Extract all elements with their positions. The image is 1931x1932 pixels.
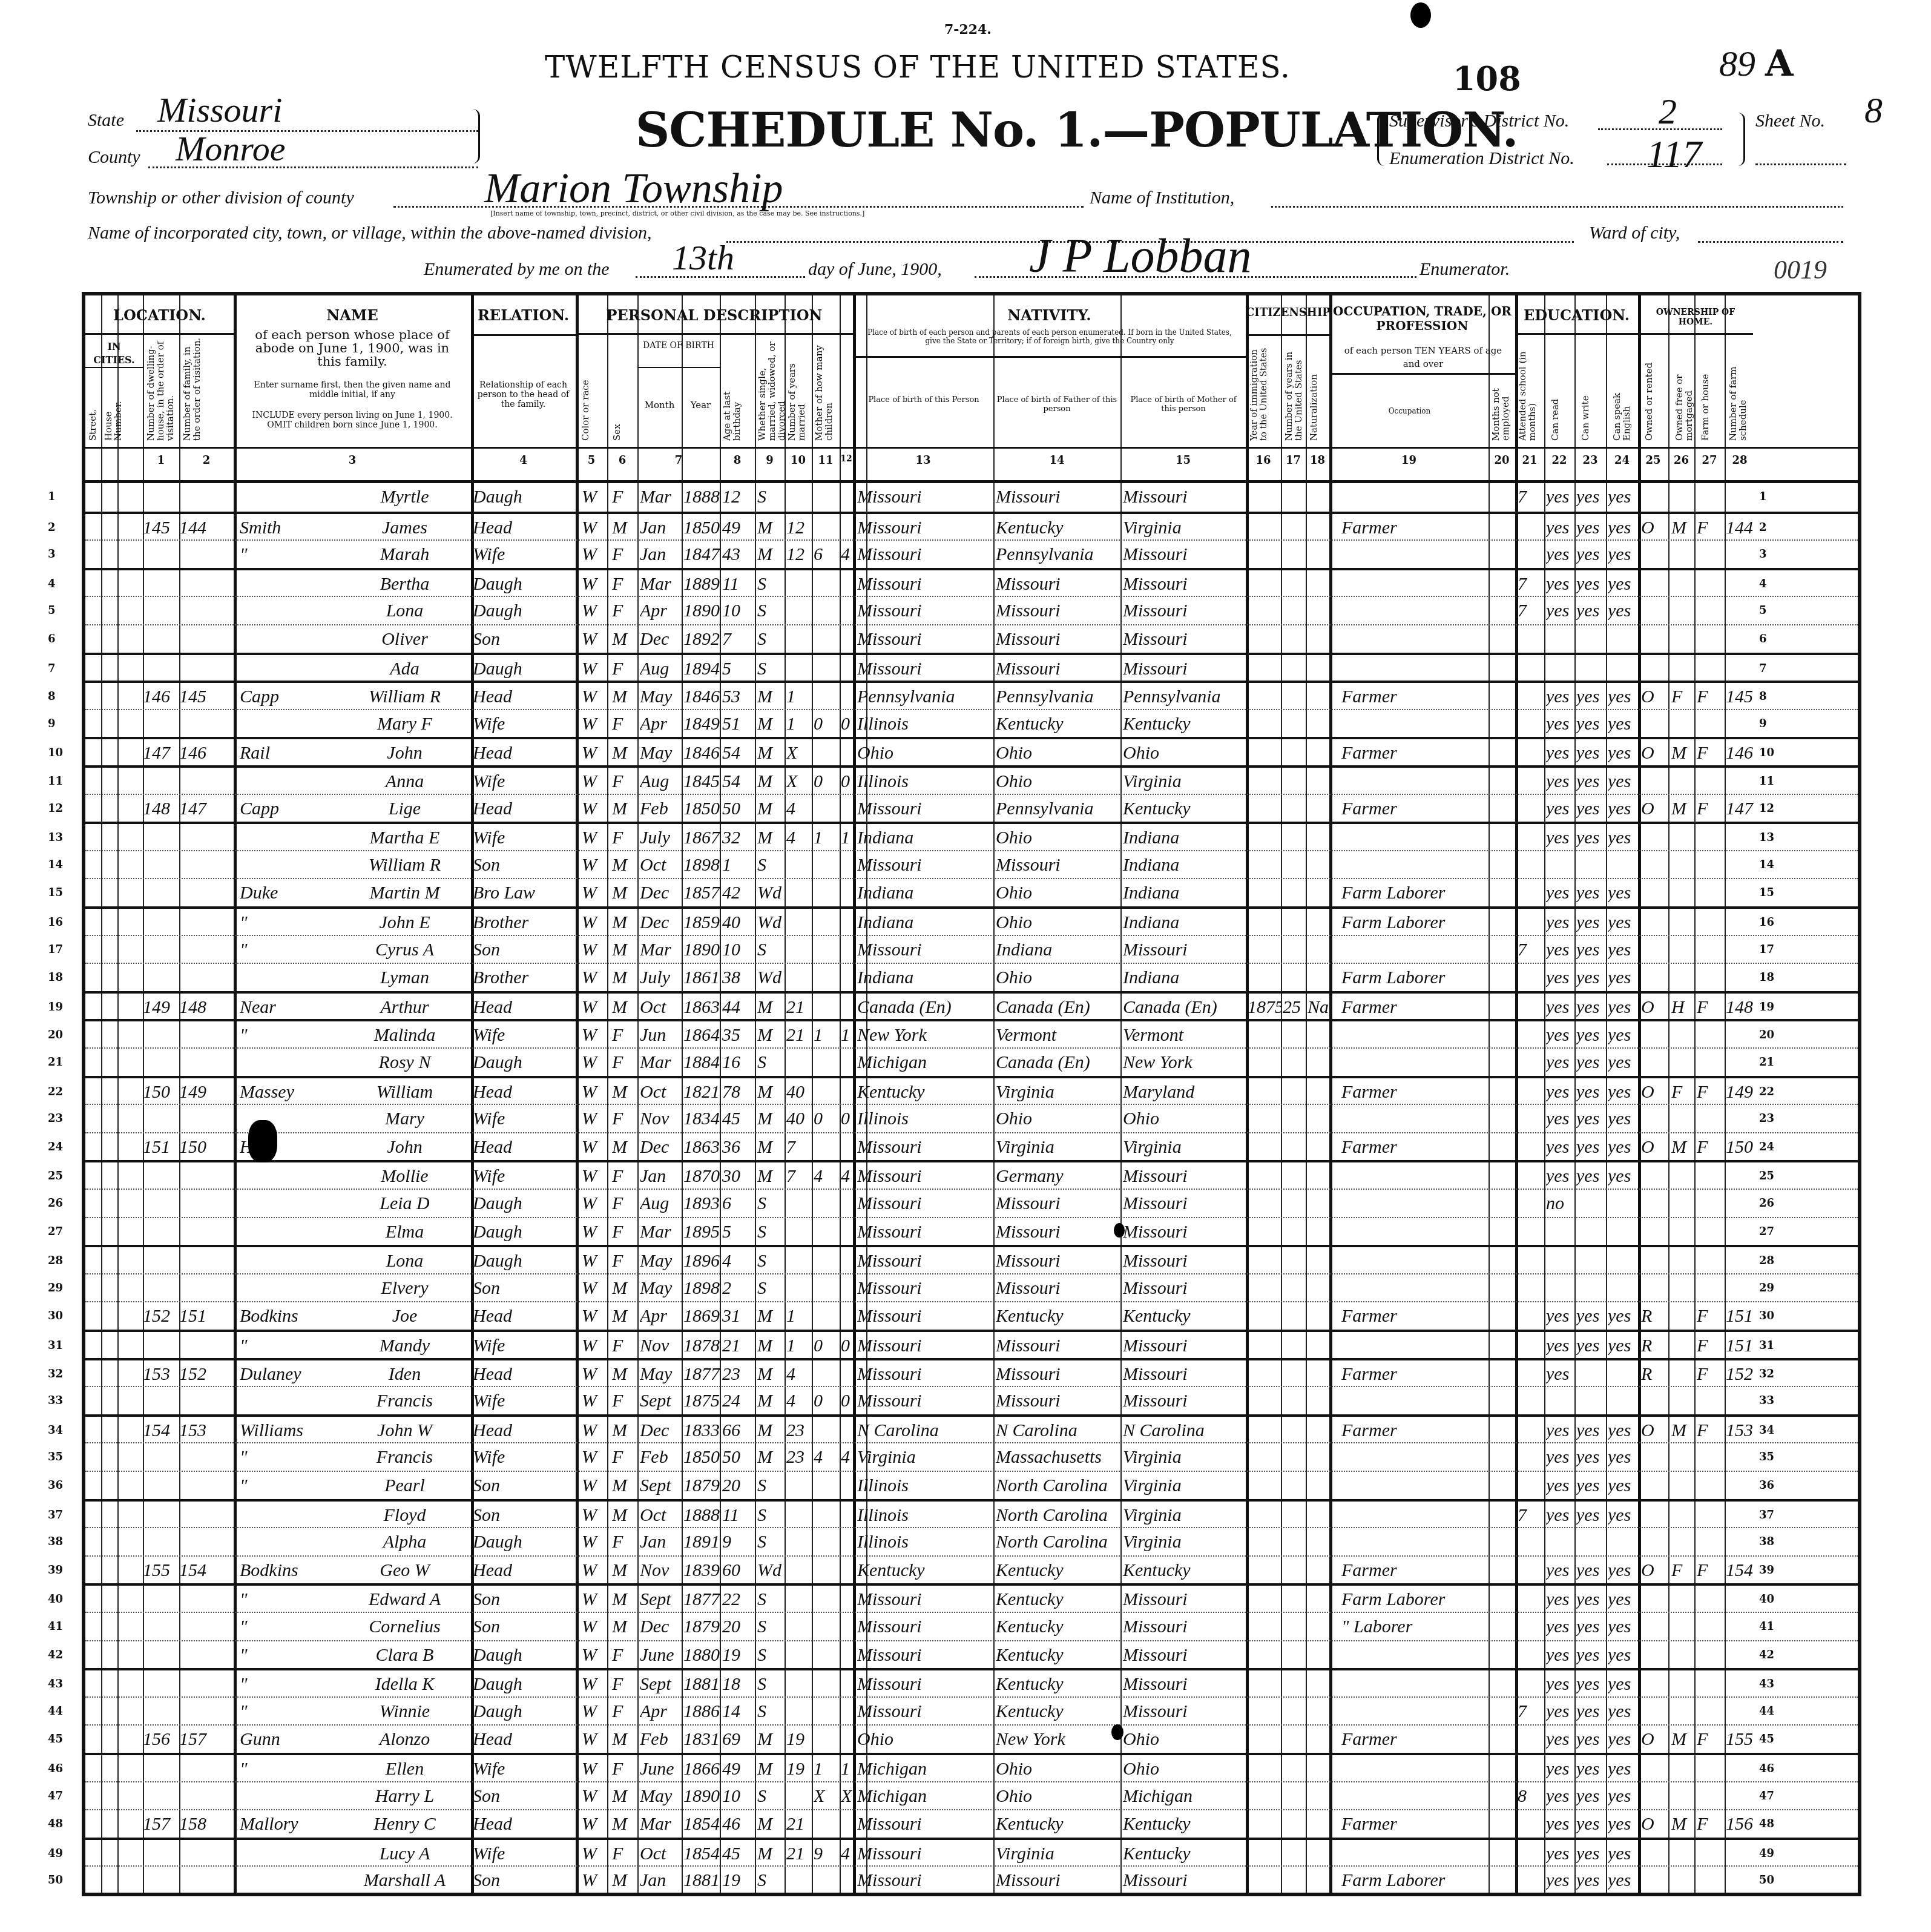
relation-cell: Wife: [473, 1166, 576, 1187]
relation-cell: Daugh: [473, 487, 576, 507]
sex-cell: M: [612, 855, 636, 875]
line-number: 17: [1759, 943, 1774, 956]
surname-cell: ": [240, 1759, 343, 1779]
birthplace-person-header: Place of birth of this Person: [857, 395, 990, 404]
enumerator-label: Enumerator.: [1419, 259, 1510, 280]
birth-year-cell: 1881: [683, 1870, 720, 1891]
col-num: 11: [812, 454, 840, 467]
can-write-cell: yes: [1576, 1645, 1605, 1666]
color-cell: W: [582, 1251, 606, 1271]
birth-month-cell: Jan: [640, 518, 682, 538]
farm-schedule-number-cell: 156: [1726, 1814, 1755, 1835]
birthplace-cell: Indiana: [857, 828, 993, 848]
marital-status-cell: S: [757, 574, 785, 595]
family-number-cell: 147: [179, 799, 234, 819]
col-num: 22: [1544, 454, 1574, 467]
father-birthplace-cell: Ohio: [996, 828, 1120, 848]
can-write-cell: yes: [1576, 544, 1605, 565]
can-speak-english-cell: yes: [1608, 1475, 1637, 1496]
color-cell: W: [582, 1420, 606, 1441]
birth-month-cell: May: [640, 1364, 682, 1385]
relation-cell: Head: [473, 1364, 576, 1385]
years-married-cell: 7: [786, 1137, 812, 1158]
mother-birthplace-cell: Virginia: [1123, 1532, 1244, 1552]
birth-month-cell: Sept: [640, 1674, 682, 1695]
can-read-cell: yes: [1546, 940, 1574, 960]
mother-birthplace-cell: Kentucky: [1123, 1306, 1244, 1327]
can-write-cell: yes: [1576, 1475, 1605, 1496]
birthplace-cell: Missouri: [857, 1674, 993, 1695]
col-num: 2: [179, 454, 234, 467]
sex-cell: M: [612, 1505, 636, 1526]
line-number: 7: [1759, 662, 1767, 675]
birth-year-cell: 1877: [683, 1589, 720, 1610]
birth-year-cell: 1879: [683, 1617, 720, 1637]
line-number: 39: [48, 1564, 63, 1577]
father-birthplace-cell: Missouri: [996, 1364, 1120, 1385]
color-cell: W: [582, 1814, 606, 1835]
surname-cell: Williams: [240, 1420, 343, 1441]
birth-year-cell: 1854: [683, 1814, 720, 1835]
can-speak-english-cell: yes: [1608, 1759, 1637, 1779]
birth-year-cell: 1893: [683, 1193, 720, 1214]
table-row: AlphaDaughWFJan18919SIllinoisNorth Carol…: [85, 1527, 1858, 1557]
table-row: 155154BodkinsGeo WHeadWMNov183960WdKentu…: [85, 1555, 1858, 1585]
sex-cell: F: [612, 828, 636, 848]
free-or-mortgaged-cell: M: [1671, 1729, 1694, 1750]
relation-cell: Head: [473, 743, 576, 763]
dwelling-number-cell: 152: [143, 1306, 179, 1327]
sex-cell: M: [612, 1475, 636, 1496]
col-num: 25: [1638, 454, 1668, 467]
marital-status-cell: S: [757, 1532, 785, 1552]
marital-status-cell: S: [757, 1251, 785, 1271]
line-number: 19: [1759, 1001, 1774, 1014]
mother-birthplace-cell: Missouri: [1123, 574, 1244, 595]
marital-status-cell: S: [757, 487, 785, 507]
birth-year-cell: 1850: [683, 799, 720, 819]
owned-or-rented-cell: O: [1641, 518, 1668, 538]
marital-status-cell: M: [757, 771, 785, 792]
age-cell: 50: [722, 1447, 755, 1468]
marital-status-cell: M: [757, 1137, 785, 1158]
age-cell: 22: [722, 1589, 755, 1610]
relation-cell: Head: [473, 518, 576, 538]
birthplace-cell: Missouri: [857, 1137, 993, 1158]
age-cell: 69: [722, 1729, 755, 1750]
birth-year-cell: 1867: [683, 828, 720, 848]
relation-cell: Wife: [473, 1759, 576, 1779]
table-row: DukeMartin MBro LawWMDec185742WdIndianaO…: [85, 878, 1858, 908]
father-birthplace-cell: Germany: [996, 1166, 1120, 1187]
sex-cell: M: [612, 912, 636, 933]
can-write-cell: yes: [1576, 1447, 1605, 1468]
surname-cell: Capp: [240, 687, 343, 707]
stamp-number: 108: [1453, 59, 1521, 98]
years-married-cell: 19: [786, 1759, 812, 1779]
mother-birthplace-cell: Indiana: [1123, 883, 1244, 903]
mother-birthplace-cell: Indiana: [1123, 828, 1244, 848]
sex-cell: F: [612, 1052, 636, 1073]
table-row: "MalindaWifeWFJun186435M2111New YorkVerm…: [85, 1019, 1858, 1050]
can-read-cell: yes: [1546, 1560, 1574, 1581]
sex-header: Sex: [612, 417, 622, 441]
can-speak-english-cell: yes: [1608, 687, 1637, 707]
occupation-cell: Farmer: [1341, 997, 1487, 1018]
relation-cell: Head: [473, 687, 576, 707]
can-speak-english-cell: yes: [1608, 487, 1637, 507]
relation-cell: Brother: [473, 912, 576, 933]
mother-birthplace-cell: Virginia: [1123, 1137, 1244, 1158]
relation-cell: Daugh: [473, 1532, 576, 1552]
line-number: 38: [1759, 1535, 1774, 1548]
sheet-label: Sheet No.: [1755, 111, 1825, 131]
marital-status-cell: M: [757, 997, 785, 1018]
birth-year-cell: 1854: [683, 1844, 720, 1864]
nativity-description: Place of birth of each person and parent…: [859, 328, 1240, 345]
line-number: 36: [1759, 1479, 1774, 1492]
birth-month-cell: Jan: [640, 1532, 682, 1552]
birthplace-cell: Missouri: [857, 1391, 993, 1411]
sheet-reference: 89A: [1719, 42, 1794, 85]
line-number: 38: [48, 1535, 63, 1548]
children-living-cell: 1: [841, 1759, 853, 1779]
color-cell: W: [582, 487, 606, 507]
age-cell: 18: [722, 1674, 755, 1695]
farm-or-house-cell: F: [1697, 743, 1723, 763]
can-write-cell: yes: [1576, 714, 1605, 734]
line-number: 45: [1759, 1733, 1774, 1746]
birthplace-cell: Missouri: [857, 544, 993, 565]
occupation-cell: Farmer: [1341, 1420, 1487, 1441]
birthplace-cell: Missouri: [857, 1336, 993, 1356]
marital-status-cell: Wd: [757, 968, 785, 988]
col-num: 5: [576, 454, 607, 467]
birth-year-cell: 1847: [683, 544, 720, 565]
relation-cell: Head: [473, 1729, 576, 1750]
can-read-cell: yes: [1546, 1364, 1574, 1385]
sex-cell: F: [612, 544, 636, 565]
color-cell: W: [582, 1870, 606, 1891]
can-write-cell: yes: [1576, 940, 1605, 960]
color-cell: W: [582, 912, 606, 933]
birth-month-cell: Dec: [640, 883, 682, 903]
given-name-cell: Lucy A: [340, 1844, 470, 1864]
father-birthplace-cell: Missouri: [996, 1222, 1120, 1242]
father-birthplace-cell: Kentucky: [996, 714, 1120, 734]
birth-year-cell: 1864: [683, 1025, 720, 1046]
surname-cell: ": [240, 1701, 343, 1722]
age-cell: 23: [722, 1364, 755, 1385]
mother-birthplace-cell: Missouri: [1123, 1278, 1244, 1299]
col-num: 4: [471, 454, 576, 467]
marital-status-cell: S: [757, 1475, 785, 1496]
family-number-cell: 145: [179, 687, 234, 707]
age-cell: 10: [722, 940, 755, 960]
sex-cell: F: [612, 1222, 636, 1242]
father-birthplace-cell: Missouri: [996, 855, 1120, 875]
color-cell: W: [582, 1645, 606, 1666]
age-cell: 9: [722, 1532, 755, 1552]
birthplace-cell: Illinois: [857, 1475, 993, 1496]
relation-cell: Wife: [473, 828, 576, 848]
given-name-cell: Francis: [340, 1447, 470, 1468]
enumerated-prefix: Enumerated by me on the: [424, 259, 610, 280]
table-row: Leia DDaughWFAug18936SMissouriMissouriMi…: [85, 1189, 1858, 1218]
birthplace-cell: Michigan: [857, 1052, 993, 1073]
line-number: 42: [1759, 1649, 1774, 1661]
can-write-cell: yes: [1576, 1109, 1605, 1129]
birthplace-cell: Illinois: [857, 771, 993, 792]
given-name-cell: Marshall A: [340, 1870, 470, 1891]
can-speak-english-cell: yes: [1608, 1786, 1637, 1807]
sex-cell: F: [612, 771, 636, 792]
birth-year-cell: 1863: [683, 997, 720, 1018]
school-months-cell: 7: [1518, 940, 1544, 960]
age-cell: 12: [722, 487, 755, 507]
family-number-cell: 157: [179, 1729, 234, 1750]
schedule-title: SCHEDULE No. 1.—POPULATION.: [636, 103, 1518, 158]
relation-cell: Head: [473, 1082, 576, 1103]
marital-status-cell: S: [757, 1222, 785, 1242]
color-cell: W: [582, 1364, 606, 1385]
supervisor-value: 2: [1659, 91, 1677, 133]
relation-cell: Head: [473, 997, 576, 1018]
given-name-cell: Joe: [340, 1306, 470, 1327]
sex-cell: F: [612, 1025, 636, 1046]
can-write-cell: yes: [1576, 1560, 1605, 1581]
owned-or-rented-cell: O: [1641, 743, 1668, 763]
can-read-cell: yes: [1546, 799, 1574, 819]
can-read-cell: yes: [1546, 1674, 1574, 1695]
enumerated-suffix: day of June, 1900,: [808, 259, 942, 280]
age-cell: 45: [722, 1109, 755, 1129]
given-name-cell: Ellen: [340, 1759, 470, 1779]
owned-or-rented-cell: O: [1641, 997, 1668, 1018]
birth-year-cell: 1879: [683, 1475, 720, 1496]
dwelling-number-cell: 153: [143, 1364, 179, 1385]
given-name-cell: Winnie: [340, 1701, 470, 1722]
children-born-cell: X: [814, 1786, 839, 1807]
given-name-cell: John E: [340, 912, 470, 933]
color-cell: W: [582, 883, 606, 903]
farm-or-house-cell: F: [1697, 1560, 1723, 1581]
ward-label: Ward of city,: [1589, 223, 1680, 243]
table-row: "Cyrus ASonWMMar189010SMissouriIndianaMi…: [85, 935, 1858, 964]
years-married-cell: 19: [786, 1729, 812, 1750]
father-birthplace-cell: Kentucky: [996, 1674, 1120, 1695]
age-cell: 40: [722, 912, 755, 933]
father-birthplace-cell: Virginia: [996, 1082, 1120, 1103]
dwelling-number-cell: 145: [143, 518, 179, 538]
marital-status-cell: M: [757, 1082, 785, 1103]
occupation-cell: Farmer: [1341, 1306, 1487, 1327]
relation-cell: Head: [473, 1137, 576, 1158]
relation-cell: Daugh: [473, 1674, 576, 1695]
surname-cell: Dulaney: [240, 1364, 343, 1385]
can-write-cell: yes: [1576, 1306, 1605, 1327]
line-number: 25: [48, 1170, 63, 1182]
can-write-cell: yes: [1576, 487, 1605, 507]
surname-cell: ": [240, 1475, 343, 1496]
children-born-cell: 6: [814, 544, 839, 565]
age-cell: 10: [722, 1786, 755, 1807]
line-number: 48: [48, 1818, 63, 1830]
can-write-cell: yes: [1576, 1025, 1605, 1046]
mother-birthplace-cell: Virginia: [1123, 1447, 1244, 1468]
surname-cell: ": [240, 1645, 343, 1666]
in-cities-header: IN CITIES.: [85, 340, 143, 367]
col-num: 16: [1246, 454, 1281, 467]
age-cell: 20: [722, 1475, 755, 1496]
can-speak-english-cell: yes: [1608, 1109, 1637, 1129]
can-read-cell: yes: [1546, 714, 1574, 734]
can-write-cell: yes: [1576, 1137, 1605, 1158]
table-row: 148147CappLigeHeadWMFeb185050M4MissouriP…: [85, 794, 1858, 823]
father-birthplace-cell: North Carolina: [996, 1532, 1120, 1552]
age-header: Age at last birthday: [722, 356, 742, 441]
line-number: 29: [48, 1282, 63, 1294]
can-read-cell: yes: [1546, 743, 1574, 763]
mother-birthplace-cell: Kentucky: [1123, 1814, 1244, 1835]
line-number: 24: [48, 1141, 63, 1153]
mother-birthplace-cell: Ohio: [1123, 1109, 1244, 1129]
father-birthplace-cell: Kentucky: [996, 1560, 1120, 1581]
table-row: Mary FWifeWFApr184951M100IllinoisKentuck…: [85, 709, 1858, 739]
relation-cell: Wife: [473, 1336, 576, 1356]
mother-birthplace-cell: Pennsylvania: [1123, 687, 1244, 707]
free-or-mortgaged-cell: M: [1671, 518, 1694, 538]
occupation-header: OCCUPATION, TRADE, OR PROFESSION: [1329, 304, 1515, 333]
age-cell: 44: [722, 997, 755, 1018]
birthplace-father-header: Place of birth of Father of this person: [996, 395, 1117, 414]
sex-cell: M: [612, 1814, 636, 1835]
col-num: 6: [607, 454, 637, 467]
children-born-cell: 0: [814, 1336, 839, 1356]
relation-cell: Son: [473, 855, 576, 875]
birth-month-cell: Dec: [640, 629, 682, 650]
color-cell: W: [582, 1137, 606, 1158]
relation-cell: Son: [473, 629, 576, 650]
owned-or-rented-cell: R: [1641, 1306, 1668, 1327]
given-name-cell: John: [340, 743, 470, 763]
free-or-mortgaged-cell: F: [1671, 1560, 1694, 1581]
sex-cell: M: [612, 518, 636, 538]
given-name-cell: James: [340, 518, 470, 538]
table-row: MaryWifeWFNov183445M4000IllinoisOhioOhio…: [85, 1104, 1858, 1133]
name-instruction-include: INCLUDE every person living on June 1, 1…: [243, 410, 462, 430]
years-married-cell: 40: [786, 1082, 812, 1103]
marital-status-cell: S: [757, 601, 785, 621]
color-cell: W: [582, 601, 606, 621]
marital-status-cell: Wd: [757, 912, 785, 933]
street-header: Street.: [88, 374, 97, 441]
given-name-cell: Edward A: [340, 1589, 470, 1610]
ownership-header: OWNERSHIP OF HOME.: [1638, 308, 1753, 327]
color-cell: W: [582, 1701, 606, 1722]
family-number-cell: 149: [179, 1082, 234, 1103]
col-num: 10: [785, 454, 812, 467]
can-read-cell: yes: [1546, 1082, 1574, 1103]
table-row: 151150HamJohnHeadWMDec186336M7MissouriVi…: [85, 1132, 1858, 1162]
color-cell: W: [582, 1306, 606, 1327]
given-name-cell: Idella K: [340, 1674, 470, 1695]
birth-month-cell: Nov: [640, 1336, 682, 1356]
birth-month-cell: Mar: [640, 1814, 682, 1835]
mother-birthplace-cell: Virginia: [1123, 771, 1244, 792]
father-birthplace-cell: Missouri: [996, 1193, 1120, 1214]
birth-month-cell: Dec: [640, 912, 682, 933]
can-write-cell: yes: [1576, 1617, 1605, 1637]
marital-status-cell: S: [757, 659, 785, 679]
children-born-cell: 1: [814, 1759, 839, 1779]
children-born-cell: 0: [814, 1109, 839, 1129]
given-name-cell: Ada: [340, 659, 470, 679]
birthplace-cell: Missouri: [857, 1814, 993, 1835]
line-number: 3: [48, 548, 56, 561]
given-name-cell: Alpha: [340, 1532, 470, 1552]
can-speak-english-cell: yes: [1608, 997, 1637, 1018]
mother-birthplace-cell: Virginia: [1123, 1505, 1244, 1526]
sex-cell: F: [612, 1844, 636, 1864]
line-number: 16: [48, 916, 63, 929]
mother-birthplace-cell: Canada (En): [1123, 997, 1244, 1018]
marital-status-cell: M: [757, 1844, 785, 1864]
marital-status-cell: S: [757, 1786, 785, 1807]
mother-birthplace-cell: Missouri: [1123, 544, 1244, 565]
birth-year-cell: 1878: [683, 1336, 720, 1356]
line-number: 41: [1759, 1620, 1774, 1633]
mother-birthplace-cell: Ohio: [1123, 743, 1244, 763]
birth-month-cell: Oct: [640, 1844, 682, 1864]
relation-cell: Head: [473, 799, 576, 819]
mother-birthplace-cell: Ohio: [1123, 1729, 1244, 1750]
family-number-cell: 144: [179, 518, 234, 538]
birthplace-cell: Pennsylvania: [857, 687, 993, 707]
table-row: LonaDaughWFApr189010SMissouriMissouriMis…: [85, 596, 1858, 625]
birthplace-cell: Missouri: [857, 1617, 993, 1637]
given-name-cell: Francis: [340, 1391, 470, 1411]
age-cell: 10: [722, 601, 755, 621]
occupation-cell: " Laborer: [1341, 1617, 1487, 1637]
line-number: 28: [1759, 1254, 1774, 1267]
birth-year-cell: 1845: [683, 771, 720, 792]
birth-month-cell: May: [640, 1278, 682, 1299]
col-num: 1: [143, 454, 179, 467]
table-row: OliverSonWMDec18927SMissouriMissouriMiss…: [85, 624, 1858, 654]
surname-cell: Smith: [240, 518, 343, 538]
given-name-cell: Anna: [340, 771, 470, 792]
birth-year-cell: 1857: [683, 883, 720, 903]
birthplace-cell: Missouri: [857, 1306, 993, 1327]
line-number: 47: [1759, 1790, 1774, 1802]
birth-month-cell: Dec: [640, 1617, 682, 1637]
farm-schedule-number-cell: 153: [1726, 1420, 1755, 1441]
birthplace-cell: Missouri: [857, 1844, 993, 1864]
children-born-cell: 4: [814, 1447, 839, 1468]
line-number: 10: [48, 747, 63, 759]
table-row: FloydSonWMOct188811SIllinoisNorth Caroli…: [85, 1499, 1858, 1530]
birthplace-cell: Missouri: [857, 487, 993, 507]
given-name-cell: Henry C: [340, 1814, 470, 1835]
free-or-mortgaged-cell: F: [1671, 687, 1694, 707]
birthplace-cell: Illinois: [857, 1532, 993, 1552]
township-value: Marion Township: [484, 165, 783, 213]
can-write-cell: yes: [1576, 1729, 1605, 1750]
age-cell: 30: [722, 1166, 755, 1187]
marital-status-cell: S: [757, 1193, 785, 1214]
line-number: 44: [48, 1705, 63, 1718]
